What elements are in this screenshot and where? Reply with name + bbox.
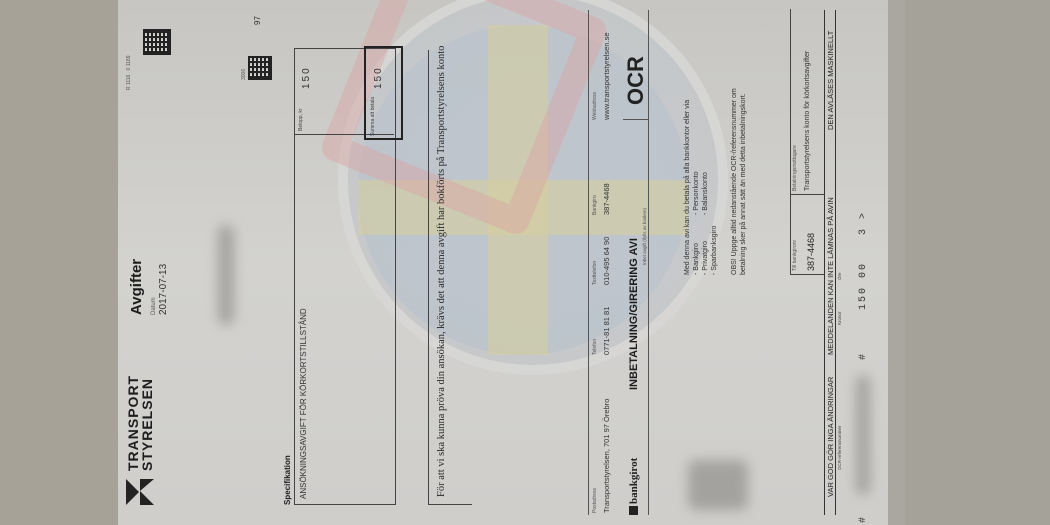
postal-address-label: Postadress xyxy=(592,488,598,513)
footer-rule-bottom xyxy=(835,10,836,515)
payment-info: Med denna avi kan du betala på alla bank… xyxy=(683,100,722,275)
logo-mark-icon xyxy=(126,479,154,505)
textphone-label: Texttelefon xyxy=(592,261,598,285)
web-address-label: Webbadress xyxy=(592,92,598,120)
amount-label: Belopp, kr xyxy=(298,108,304,131)
phone-label: Telefon xyxy=(592,339,598,355)
obs-line-1: OBS! Uppge alltid nedanstående OCR-/refe… xyxy=(730,88,739,275)
invoice-paper: TRANSPORT STYRELSEN Avgifter Datum 2017-… xyxy=(118,0,888,525)
giro-top-rule xyxy=(588,10,589,515)
redacted-name xyxy=(218,225,234,325)
specification-label: Specifikation xyxy=(283,455,292,505)
web-address-value: www.transportstyrelsen.se xyxy=(602,32,611,120)
specification-row: ANSÖKNINGSAVGIFT FÖR KÖRKORTSTILLSTÅND xyxy=(299,308,308,499)
pay-method-balanskonto: - Balanskonto xyxy=(701,171,710,215)
textphone-value: 010-495 64 90 xyxy=(602,237,611,285)
phone-value: 0771-81 81 81 xyxy=(602,307,611,355)
postal-address-value: Transportstyrelsen, 701 97 Örebro xyxy=(602,399,611,513)
redacted-address xyxy=(688,460,748,510)
no-messages-notice: MEDDELANDEN KAN INTE LÄMNAS PÅ AVIN xyxy=(826,197,835,355)
background-left xyxy=(0,0,120,525)
barcode-caption-1: R 1116 . 0 1189 xyxy=(126,56,132,90)
no-changes-notice: VAR GOD GÖR INGA ÄNDRINGAR xyxy=(826,377,835,497)
page-number: 97 xyxy=(253,16,262,25)
redacted-ocr-number xyxy=(856,375,870,495)
recipient-label: Betalningsmottagare xyxy=(792,145,798,191)
ocr-divider xyxy=(623,119,648,120)
ocr-line-check: 3 > xyxy=(858,211,869,235)
obs-line-2: betalning sker på annat sätt än med dett… xyxy=(739,88,748,275)
sum-value: 150 xyxy=(373,66,384,89)
recipient-divider xyxy=(790,194,824,195)
form-title: INBETALNING/GIRERING AVI xyxy=(628,238,640,390)
to-bankgiro-value: 387-4468 xyxy=(806,233,816,271)
ocr-line-amount: 150 00 xyxy=(858,262,869,310)
form-title-rule xyxy=(648,10,649,515)
notice-bracket-v xyxy=(428,504,472,505)
date-label: Datum xyxy=(151,297,157,315)
to-bankgiro-label: Till bankgironr xyxy=(792,240,798,271)
ocr-line-prefix: # xyxy=(858,517,869,523)
amount-value: 150 xyxy=(301,66,312,89)
bankgirot-mark-icon xyxy=(629,506,638,515)
document-title: Avgifter xyxy=(128,259,145,315)
recipient-value: Transportstyrelsens konto för körkortsav… xyxy=(804,51,811,191)
barcode-caption-2: 3006 xyxy=(241,69,247,80)
ocr-line-separator: # xyxy=(858,354,869,360)
payment-notice: För att vi ska kunna pröva din ansökan, … xyxy=(436,46,447,497)
datamatrix-code-icon xyxy=(143,29,171,55)
background-right xyxy=(905,0,1050,525)
datamatrix-code-small-icon xyxy=(248,56,272,80)
document-photo: TRANSPORT STYRELSEN Avgifter Datum 2017-… xyxy=(118,0,888,525)
sum-label: Summa att betala xyxy=(370,97,376,136)
transportstyrelsen-logo: TRANSPORT STYRELSEN xyxy=(126,375,154,505)
logo-line-1: TRANSPORT xyxy=(126,375,140,471)
pay-method-personkonto: - Personkonto xyxy=(692,171,701,215)
bankgirot-logo: bankgirot xyxy=(628,458,640,515)
footer-rule-top xyxy=(824,10,825,515)
notice-bracket-h xyxy=(428,50,429,505)
bankgiro-value: 387-4468 xyxy=(602,183,611,215)
date-value: 2017-07-13 xyxy=(158,264,169,315)
kronor-label: Kronor xyxy=(837,311,842,325)
machine-read-notice: DEN AVLÄSES MASKINELLT xyxy=(826,31,835,130)
obs-note: OBS! Uppge alltid nedanstående OCR-/refe… xyxy=(730,88,748,275)
info-intro: Med denna avi kan du betala på alla bank… xyxy=(683,100,692,275)
ore-label: Öre xyxy=(837,272,842,280)
ocr-label: OCR xyxy=(623,56,649,105)
logo-line-2: STYRELSEN xyxy=(140,375,154,471)
form-subtitle: Inbet avgift (ifylls av banken) xyxy=(642,208,647,265)
pay-method-sparbanksgiro: - Sparbanksgiro xyxy=(710,100,719,275)
bankgiro-label: Bankgiro xyxy=(592,195,598,215)
ocr-reference-label: OCR-referensnummer xyxy=(837,425,842,470)
